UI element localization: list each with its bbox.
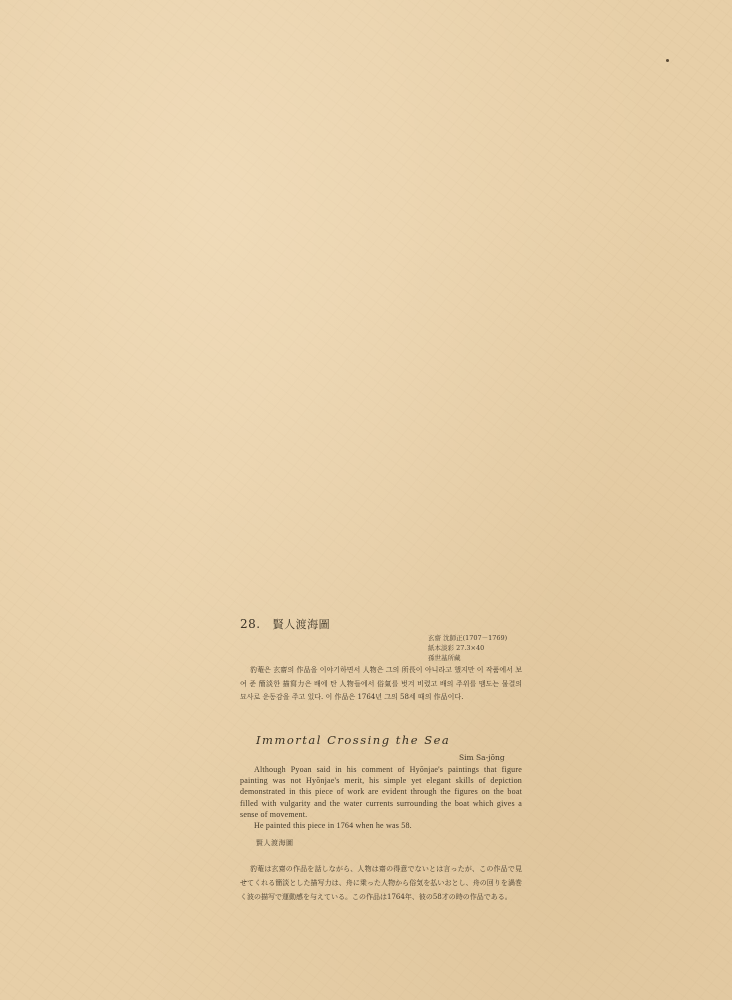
- english-title: Immortal Crossing the Sea: [256, 733, 450, 747]
- plate-title-hanja: 賢人渡海圖: [273, 618, 331, 631]
- collection-line: 孫世基所藏: [428, 653, 507, 663]
- english-description: Although Pyoan said in his comment of Hy…: [240, 764, 522, 831]
- medium-size-line: 紙本淡彩 27.3×40: [428, 643, 507, 653]
- english-paragraph-1: Although Pyoan said in his comment of Hy…: [240, 764, 522, 820]
- artist-line: 玄齋 沈師正(1707－1769): [428, 633, 507, 643]
- japanese-title: 賢人渡海圖: [256, 838, 294, 848]
- plate-number: 28.: [240, 617, 261, 631]
- japanese-description: 豹菴は玄齋の作品を話しながら、人物は齋の得意でないとは言ったが、この作品で見せて…: [240, 862, 522, 905]
- english-author: Sim Sa-jŏng: [459, 753, 505, 762]
- paper-speck: [666, 59, 669, 62]
- korean-description: 豹菴은 玄齋의 作品을 이야기하면서 人物은 그의 所長이 아니라고 했지만 이…: [240, 664, 522, 705]
- artwork-metadata: 玄齋 沈師正(1707－1769) 紙本淡彩 27.3×40 孫世基所藏: [428, 633, 507, 663]
- plate-heading: 28. 賢人渡海圖: [240, 616, 330, 632]
- english-paragraph-2: He painted this piece in 1764 when he wa…: [240, 820, 522, 831]
